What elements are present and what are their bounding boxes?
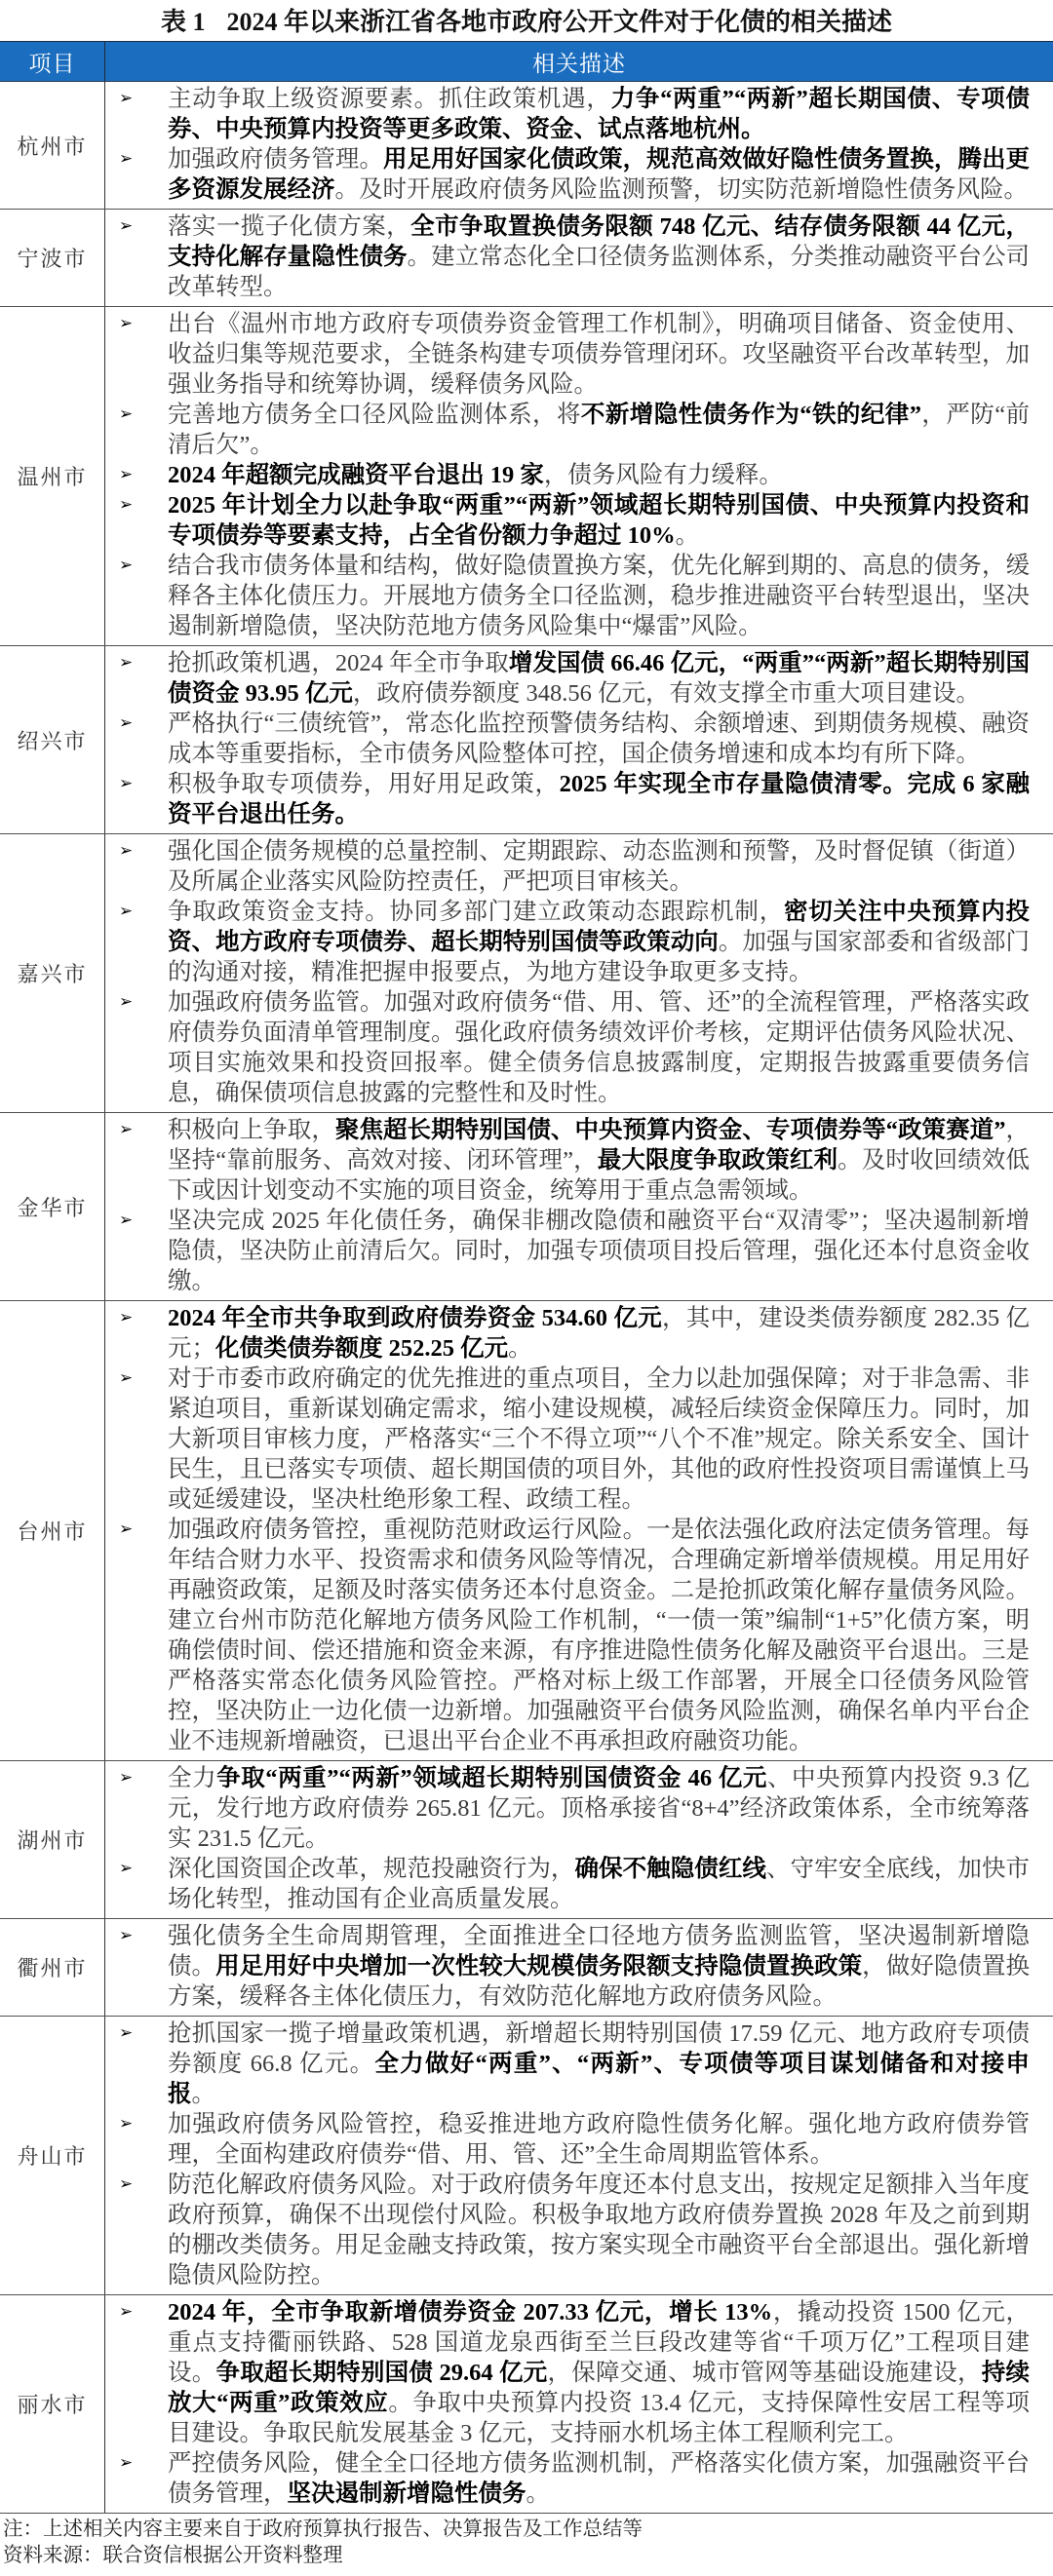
regular-text-segment: 坚决完成 2025 年化债任务，确保非棚改隐债和融资平台“双清零”；坚决遏制新增… [168,1208,1030,1294]
table-row: 台州市➢2024 年全市共争取到政府债券资金 534.60 亿元，其中，建设类债… [0,1301,1053,1761]
bullet-item: ➢加强政府债务管控，重视防范财政运行风险。一是依法强化政府法定债务管理。每年结合… [105,1515,1053,1756]
arrowhead-bullet-icon: ➢ [119,836,133,866]
bold-text-segment: 确保不触隐债红线 [574,1856,765,1882]
arrowhead-bullet-icon: ➢ [119,460,133,490]
city-name-cell: 湖州市 [0,1761,105,1918]
bullet-item: ➢抢抓国家一揽子增量政策机遇，新增超长期特别国债 17.59 亿元、地方政府专项… [105,2019,1053,2109]
table-row: 绍兴市➢抢抓政策机遇，2024 年全市争取增发国债 66.46 亿元，“两重”“… [0,646,1053,834]
table-row: 杭州市➢主动争取上级资源要素。抓住政策机遇，力争“两重”“两新”超长期国债、专项… [0,82,1053,210]
description-cell: ➢全力争取“两重”“两新”领域超长期特别国债资金 46 亿元、中央预算内投资 9… [105,1761,1053,1918]
regular-text-segment: 加强政府债务风险管控，稳妥推进地方政府隐性债务化解。强化地方政府债券管理，全面构… [168,2111,1030,2168]
arrowhead-bullet-icon: ➢ [119,648,133,678]
regular-text-segment: 争取政策资金支持。协同多部门建立政策动态跟踪机制， [168,899,784,925]
regular-text-segment: 加强政府债务管控，重视防范财政运行风险。一是依法强化政府法定债务管理。每年结合财… [168,1517,1030,1754]
bold-text-segment: 2025 年计划全力以赴争取“两重”“两新”领域超长期特别国债、中央预算内投资和… [168,492,1030,549]
bullet-item: ➢强化国企债务规模的总量控制、定期跟踪、动态监测和预警，及时督促镇（街道）及所属… [105,836,1053,897]
bold-text-segment: 2024 年超额完成融资平台退出 19 家 [168,462,544,488]
arrowhead-bullet-icon: ➢ [119,1515,133,1545]
bullet-item: ➢严控债务风险，健全全口径地方债务监测机制，严格落实化债方案，加强融资平台债务管… [105,2448,1053,2509]
regular-text-segment: 积极争取专项债券，用好用足政策， [168,771,560,797]
bullet-item: ➢对于市委市政府确定的优先推进的重点项目，全力以赴加强保障；对于非急需、非紧迫项… [105,1364,1053,1515]
bold-text-segment: 争取“两重”“两新”领域超长期特别国债资金 46 亿元 [216,1765,767,1791]
arrowhead-bullet-icon: ➢ [119,2109,133,2139]
bullet-item: ➢强化债务全生命周期管理，全面推进全口径地方债务监测监管，坚决遏制新增隐债。用足… [105,1921,1053,2012]
table-notes: 注：上述相关内容主要来自于政府预算执行报告、决算报告及工作总结等 资料来源：联合… [0,2514,1053,2569]
regular-text-segment: 深化国资国企改革，规范投融资行为， [168,1856,574,1882]
table-row: 丽水市➢2024 年，全市争取新增债券资金 207.33 亿元，增长 13%，撬… [0,2295,1053,2514]
arrowhead-bullet-icon: ➢ [119,1364,133,1394]
city-name-cell: 丽水市 [0,2295,105,2513]
bullet-item: ➢2024 年全市共争取到政府债券资金 534.60 亿元，其中，建设类债券额度… [105,1303,1053,1364]
note-text: 注：上述相关内容主要来自于政府预算执行报告、决算报告及工作总结等 [3,2517,1053,2543]
description-cell: ➢2024 年全市共争取到政府债券资金 534.60 亿元，其中，建设类债券额度… [105,1301,1053,1760]
city-name-cell: 绍兴市 [0,646,105,833]
description-cell: ➢抢抓国家一揽子增量政策机遇，新增超长期特别国债 17.59 亿元、地方政府专项… [105,2017,1053,2294]
arrowhead-bullet-icon: ➢ [119,1854,133,1884]
regular-text-segment: 积极向上争取， [168,1117,335,1143]
bold-text-segment: 最大限度争取政策红利 [598,1147,838,1173]
table-title-text: 2024 年以来浙江省各地市政府公开文件对于化债的相关描述 [227,2,893,38]
regular-text-segment: 出台《温州市地方政府专项债券资金管理工作机制》，明确项目储备、资金使用、收益归集… [168,311,1030,398]
city-name-cell: 温州市 [0,307,105,645]
arrowhead-bullet-icon: ➢ [119,551,133,581]
bold-text-segment: 聚焦超长期特别国债、中央预算内资金、专项债券等“政策赛道” [335,1117,1006,1143]
regular-text-segment: 落实一揽子化债方案， [168,213,410,240]
regular-text-segment: 防范化解政府债务风险。对于政府债务年度还本付息支出，按规定足额排入当年度政府预算… [168,2172,1030,2288]
table-row: 金华市➢积极向上争取，聚焦超长期特别国债、中央预算内资金、专项债券等“政策赛道”… [0,1113,1053,1301]
table-body: 杭州市➢主动争取上级资源要素。抓住政策机遇，力争“两重”“两新”超长期国债、专项… [0,82,1053,2514]
description-cell: ➢积极向上争取，聚焦超长期特别国债、中央预算内资金、专项债券等“政策赛道”，坚持… [105,1113,1053,1300]
data-table: 项目 相关描述 杭州市➢主动争取上级资源要素。抓住政策机遇，力争“两重”“两新”… [0,41,1053,2514]
regular-text-segment: 。 [526,2480,551,2507]
table-number-label: 表 1 [161,2,206,38]
description-cell: ➢主动争取上级资源要素。抓住政策机遇，力争“两重”“两新”超长期国债、专项债券、… [105,82,1053,209]
bullet-item: ➢完善地方债务全口径风险监测体系，将不新增隐性债务作为“铁的纪律”，严防“前清后… [105,400,1053,460]
bold-text-segment: 不新增隐性债务作为“铁的纪律” [581,402,921,428]
regular-text-segment: ，债务风险有力缓释。 [544,462,783,488]
table-header: 项目 相关描述 [0,41,1053,82]
regular-text-segment: 对于市委市政府确定的优先推进的重点项目，全力以赴加强保障；对于非急需、非紧迫项目… [168,1365,1030,1513]
city-name-cell: 台州市 [0,1301,105,1760]
city-name-cell: 衢州市 [0,1919,105,2016]
arrowhead-bullet-icon: ➢ [119,1206,133,1236]
description-cell: ➢2024 年，全市争取新增债券资金 207.33 亿元，增长 13%，撬动投资… [105,2295,1053,2513]
bold-text-segment: 用足用好中央增加一次性较大规模债务限额支持隐债置换政策 [215,1953,862,1980]
bullet-item: ➢争取政策资金支持。协同多部门建立政策动态跟踪机制，密切关注中央预算内投资、地方… [105,897,1053,987]
arrowhead-bullet-icon: ➢ [119,1115,133,1145]
bullet-item: ➢积极争取专项债券，用好用足政策，2025 年实现全市存量隐债清零。完成 6 家… [105,769,1053,829]
arrowhead-bullet-icon: ➢ [119,987,133,1018]
arrowhead-bullet-icon: ➢ [119,2019,133,2049]
bullet-item: ➢出台《温州市地方政府专项债券资金管理工作机制》，明确项目储备、资金使用、收益归… [105,309,1053,400]
arrowhead-bullet-icon: ➢ [119,309,133,339]
bold-text-segment: 争取超长期特别国债 29.64 亿元 [215,2360,547,2386]
bullet-item: ➢结合我市债务体量和结构，做好隐债置换方案，优先化解到期的、高息的债务，缓释各主… [105,551,1053,641]
regular-text-segment: 强化国企债务规模的总量控制、定期跟踪、动态监测和预警，及时督促镇（街道）及所属企… [168,838,1030,895]
arrowhead-bullet-icon: ➢ [119,490,133,520]
header-cell-item: 项目 [0,42,105,81]
regular-text-segment: 。 [508,1335,532,1362]
arrowhead-bullet-icon: ➢ [119,1763,133,1793]
bold-text-segment: 化债类债券额度 252.25 亿元 [215,1335,508,1362]
bullet-item: ➢积极向上争取，聚焦超长期特别国债、中央预算内资金、专项债券等“政策赛道”，坚持… [105,1115,1053,1206]
arrowhead-bullet-icon: ➢ [119,769,133,799]
bullet-item: ➢2025 年计划全力以赴争取“两重”“两新”领域超长期特别国债、中央预算内投资… [105,490,1053,551]
bullet-item: ➢2024 年超额完成融资平台退出 19 家，债务风险有力缓释。 [105,460,1053,490]
arrowhead-bullet-icon: ➢ [119,400,133,430]
regular-text-segment: 加强政府债务管理。 [168,146,383,173]
arrowhead-bullet-icon: ➢ [119,1921,133,1951]
arrowhead-bullet-icon: ➢ [119,2170,133,2200]
bullet-item: ➢抢抓政策机遇，2024 年全市争取增发国债 66.46 亿元，“两重”“两新”… [105,648,1053,709]
bullet-item: ➢严格执行“三债统管”，常态化监控预警债务结构、余额增速、到期债务规模、融资成本… [105,709,1053,769]
table-row: 湖州市➢全力争取“两重”“两新”领域超长期特别国债资金 46 亿元、中央预算内投… [0,1761,1053,1919]
city-name-cell: 宁波市 [0,210,105,306]
regular-text-segment: 严格执行“三债统管”，常态化监控预警债务结构、余额增速、到期债务规模、融资成本等… [168,711,1030,767]
regular-text-segment: 完善地方债务全口径风险监测体系，将 [168,402,581,428]
city-name-cell: 金华市 [0,1113,105,1300]
regular-text-segment: 。 [192,2081,216,2107]
description-cell: ➢落实一揽子化债方案，全市争取置换债务限额 748 亿元、结存债务限额 44 亿… [105,210,1053,306]
bold-text-segment: 2024 年，全市争取新增债券资金 207.33 亿元，增长 13% [168,2299,772,2326]
table-row: 温州市➢出台《温州市地方政府专项债券资金管理工作机制》，明确项目储备、资金使用、… [0,307,1053,646]
regular-text-segment: 结合我市债务体量和结构，做好隐债置换方案，优先化解到期的、高息的债务，缓释各主体… [168,553,1030,639]
regular-text-segment: 。及时开展政府债务风险监测预警，切实防范新增隐性债务风险。 [335,176,1029,203]
header-cell-description: 相关描述 [105,42,1053,81]
bold-text-segment: 坚决遏制新增隐性债务 [288,2480,526,2507]
arrowhead-bullet-icon: ➢ [119,2297,133,2327]
description-cell: ➢出台《温州市地方政府专项债券资金管理工作机制》，明确项目储备、资金使用、收益归… [105,307,1053,645]
bullet-item: ➢坚决完成 2025 年化债任务，确保非棚改隐债和融资平台“双清零”；坚决遏制新… [105,1206,1053,1296]
arrowhead-bullet-icon: ➢ [119,1303,133,1333]
arrowhead-bullet-icon: ➢ [119,211,133,242]
city-name-cell: 舟山市 [0,2017,105,2294]
arrowhead-bullet-icon: ➢ [119,144,133,174]
description-cell: ➢抢抓政策机遇，2024 年全市争取增发国债 66.46 亿元，“两重”“两新”… [105,646,1053,833]
arrowhead-bullet-icon: ➢ [119,897,133,927]
bullet-item: ➢主动争取上级资源要素。抓住政策机遇，力争“两重”“两新”超长期国债、专项债券、… [105,84,1053,144]
arrowhead-bullet-icon: ➢ [119,2448,133,2479]
description-cell: ➢强化债务全生命周期管理，全面推进全口径地方债务监测监管，坚决遏制新增隐债。用足… [105,1919,1053,2016]
city-name-cell: 嘉兴市 [0,834,105,1112]
city-name-cell: 杭州市 [0,82,105,209]
regular-text-segment: 抢抓政策机遇，2024 年全市争取 [168,650,509,676]
bullet-item: ➢深化国资国企改革，规范投融资行为，确保不触隐债红线、守牢安全底线，加快市场化转… [105,1854,1053,1914]
regular-text-segment: 全力 [168,1765,216,1791]
bullet-item: ➢加强政府债务管理。用足用好国家化债政策，规范高效做好隐性债务置换，腾出更多资源… [105,144,1053,205]
bullet-item: ➢落实一揽子化债方案，全市争取置换债务限额 748 亿元、结存债务限额 44 亿… [105,211,1053,302]
source-text: 资料来源：联合资信根据公开资料整理 [3,2543,1053,2569]
bold-text-segment: 2024 年全市共争取到政府债券资金 534.60 亿元 [168,1305,662,1331]
regular-text-segment: 加强政府债务监管。加强对政府债务“借、用、管、还”的全流程管理，严格落实政府债券… [168,989,1030,1106]
regular-text-segment: ，政府债券额度 348.56 亿元，有效支撑全市重大项目建设。 [353,680,980,707]
bullet-item: ➢全力争取“两重”“两新”领域超长期特别国债资金 46 亿元、中央预算内投资 9… [105,1763,1053,1854]
regular-text-segment: 主动争取上级资源要素。抓住政策机遇， [168,86,611,112]
regular-text-segment: 。 [676,522,700,549]
table-row: 宁波市➢落实一揽子化债方案，全市争取置换债务限额 748 亿元、结存债务限额 4… [0,210,1053,307]
bullet-item: ➢加强政府债务监管。加强对政府债务“借、用、管、还”的全流程管理，严格落实政府债… [105,987,1053,1108]
arrowhead-bullet-icon: ➢ [119,709,133,739]
table-row: 嘉兴市➢强化国企债务规模的总量控制、定期跟踪、动态监测和预警，及时督促镇（街道）… [0,834,1053,1113]
table-row: 衢州市➢强化债务全生命周期管理，全面推进全口径地方债务监测监管，坚决遏制新增隐债… [0,1919,1053,2017]
regular-text-segment: ，保障交通、城市管网等基础设施建设， [547,2360,981,2386]
table-caption: 表 1 2024 年以来浙江省各地市政府公开文件对于化债的相关描述 [0,0,1053,41]
bullet-item: ➢2024 年，全市争取新增债券资金 207.33 亿元，增长 13%，撬动投资… [105,2297,1053,2448]
description-cell: ➢强化国企债务规模的总量控制、定期跟踪、动态监测和预警，及时督促镇（街道）及所属… [105,834,1053,1112]
arrowhead-bullet-icon: ➢ [119,84,133,114]
table-row: 舟山市➢抢抓国家一揽子增量政策机遇，新增超长期特别国债 17.59 亿元、地方政… [0,2017,1053,2295]
bullet-item: ➢加强政府债务风险管控，稳妥推进地方政府隐性债务化解。强化地方政府债券管理，全面… [105,2109,1053,2170]
bullet-item: ➢防范化解政府债务风险。对于政府债务年度还本付息支出，按规定足额排入当年度政府预… [105,2170,1053,2290]
